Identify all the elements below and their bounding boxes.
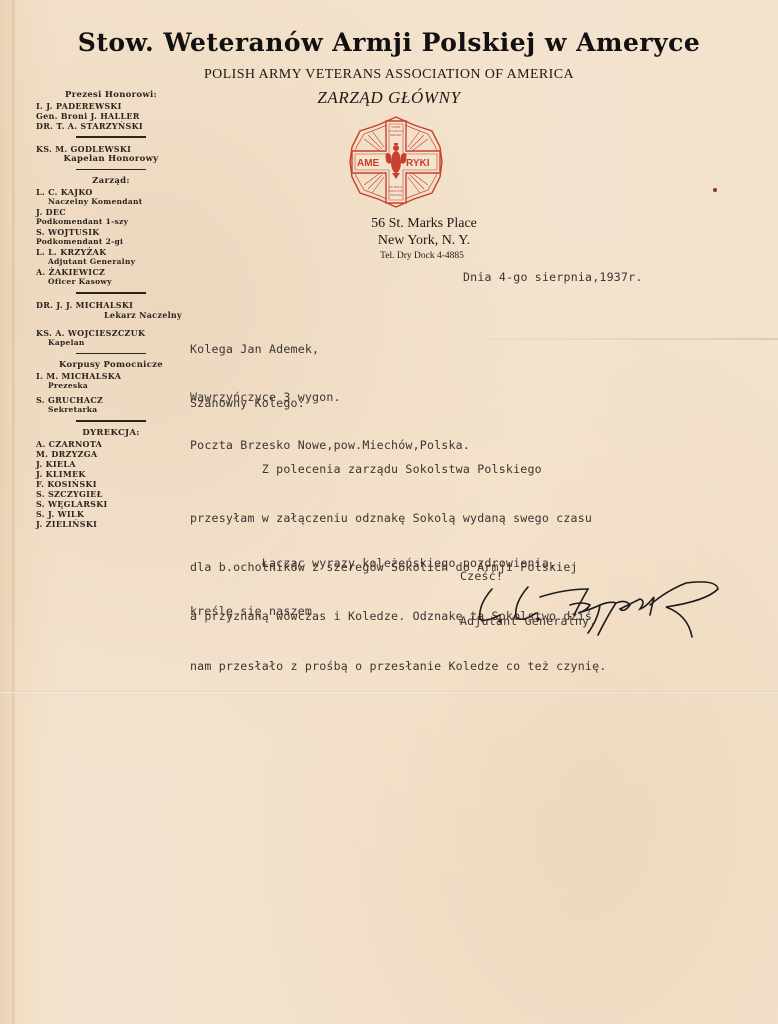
letterhead-title: Stow. Weteranów Armji Polskiej w Ameryce: [0, 28, 778, 57]
roster-role: Prezeska: [36, 381, 186, 391]
roster-role: Oficer Kasowy: [36, 277, 186, 287]
svg-text:POLSKA: POLSKA: [390, 193, 402, 197]
ink-spot: [713, 188, 717, 192]
chaplain: KS. A. WOJCIESZCZUK Kapelan: [36, 328, 186, 348]
body-line: Z polecenia zarządu Sokolstwa Polskiego: [190, 461, 606, 477]
roster-name: S. WOJTUSIK: [36, 227, 186, 237]
roster-name: F. KOSIŃSKI: [36, 479, 186, 489]
roster-role: Podkomendant 1-szy: [36, 217, 186, 227]
roster-name: A. ŻAKIEWICZ: [36, 267, 186, 277]
honorary-heading: Prezesi Honorowi:: [36, 90, 186, 100]
honorary-presidents: Prezesi Honorowi: I. J. PADEREWSKI Gen. …: [36, 90, 186, 131]
address-street: 56 St. Marks Place: [318, 215, 530, 232]
roster-role: Naczelny Komendant: [36, 197, 186, 207]
body-line: nam przesłało z prośbą o przesłanie Kole…: [190, 658, 606, 674]
roster-name: S. GRUCHACZ: [36, 395, 186, 405]
roster-name: J. ZIELIŃSKI: [36, 519, 186, 529]
roster-name: Gen. Broni J. HALLER: [36, 111, 186, 121]
honorary-chaplain: KS. M. GODLEWSKI Kapelan Honorowy: [36, 144, 186, 164]
signer-title: Adjutant Generalny.: [460, 614, 596, 628]
divider: [76, 353, 146, 355]
roster-name: DR. J. J. MICHALSKI: [36, 300, 186, 310]
eagle-cross-emblem-icon: STOW.POLSKICHWETER. ZA WOLN.OJCZYZNYPOLS…: [348, 115, 444, 209]
divider: [76, 169, 146, 171]
roster-name: KS. M. GODLEWSKI: [36, 144, 186, 154]
letterhead-subtitle: POLISH ARMY VETERANS ASSOCIATION OF AMER…: [0, 67, 778, 83]
paper-fold-horizontal: [0, 691, 778, 694]
address-city: New York, N. Y.: [318, 232, 530, 249]
roster-name: I. M. MICHALSKA: [36, 371, 186, 381]
letterhead-address: 56 St. Marks Place New York, N. Y. Tel. …: [300, 215, 530, 263]
roster-role: Podkomendant 2-gi: [36, 237, 186, 247]
address-phone: Tel. Dry Dock 4-4885: [314, 249, 530, 263]
roster-name: S. J. WILK: [36, 509, 186, 519]
divider: [76, 420, 146, 422]
roster-name: J. KIELA: [36, 459, 186, 469]
roster-name: DR. T. A. STARZYŃSKI: [36, 121, 186, 131]
auxiliary-corps: Korpusy Pomocnicze I. M. MICHALSKA Preze…: [36, 360, 186, 415]
svg-text:WETER.: WETER.: [390, 133, 402, 137]
roster-name: S. WĘGLARSKI: [36, 499, 186, 509]
svg-text:AME: AME: [357, 158, 380, 169]
roster-role: Sekretarka: [36, 405, 186, 415]
directorate-heading: DYREKCJA:: [36, 428, 186, 438]
svg-text:RYKI: RYKI: [406, 158, 430, 169]
officers-roster: Prezesi Honorowi: I. J. PADEREWSKI Gen. …: [36, 90, 186, 529]
board-heading: Zarząd:: [36, 176, 186, 186]
paper-crease: [420, 338, 778, 340]
roster-name: M. DRZYZGA: [36, 449, 186, 459]
letter-date: Dnia 4-go sierpnia,1937r.: [463, 270, 643, 284]
salutation: Szanowny Kolego:: [190, 396, 305, 410]
roster-name: L. L. KRZYŻAK: [36, 247, 186, 257]
handwritten-signature: [470, 575, 730, 645]
chief-medical-officer: DR. J. J. MICHALSKI Lekarz Naczelny: [36, 300, 186, 320]
divider: [76, 292, 146, 294]
roster-name: S. SZCZYGIEŁ: [36, 489, 186, 499]
roster-name: I. J. PADEREWSKI: [36, 101, 186, 111]
directorate: DYREKCJA: A. CZARNOTA M. DRZYZGA J. KIEL…: [36, 428, 186, 529]
roster-name: J. KLIMEK: [36, 469, 186, 479]
recipient-line: Kolega Jan Ademek,: [190, 341, 470, 357]
roster-role: Kapelan Honorowy: [36, 154, 186, 164]
roster-role: Kapelan: [36, 338, 186, 348]
roster-role: Adjutant Generalny: [36, 257, 186, 267]
roster-name: J. DEC: [36, 207, 186, 217]
paper-fold-vertical: [12, 0, 16, 1024]
roster-name: KS. A. WOJCIESZCZUK: [36, 328, 186, 338]
board: Zarząd: L. C. KAJKO Naczelny Komendant J…: [36, 176, 186, 287]
roster-role: Lekarz Naczelny: [36, 310, 186, 320]
roster-name: L. C. KAJKO: [36, 187, 186, 197]
divider: [76, 136, 146, 138]
auxiliary-heading: Korpusy Pomocnicze: [36, 360, 186, 370]
roster-name: A. CZARNOTA: [36, 439, 186, 449]
